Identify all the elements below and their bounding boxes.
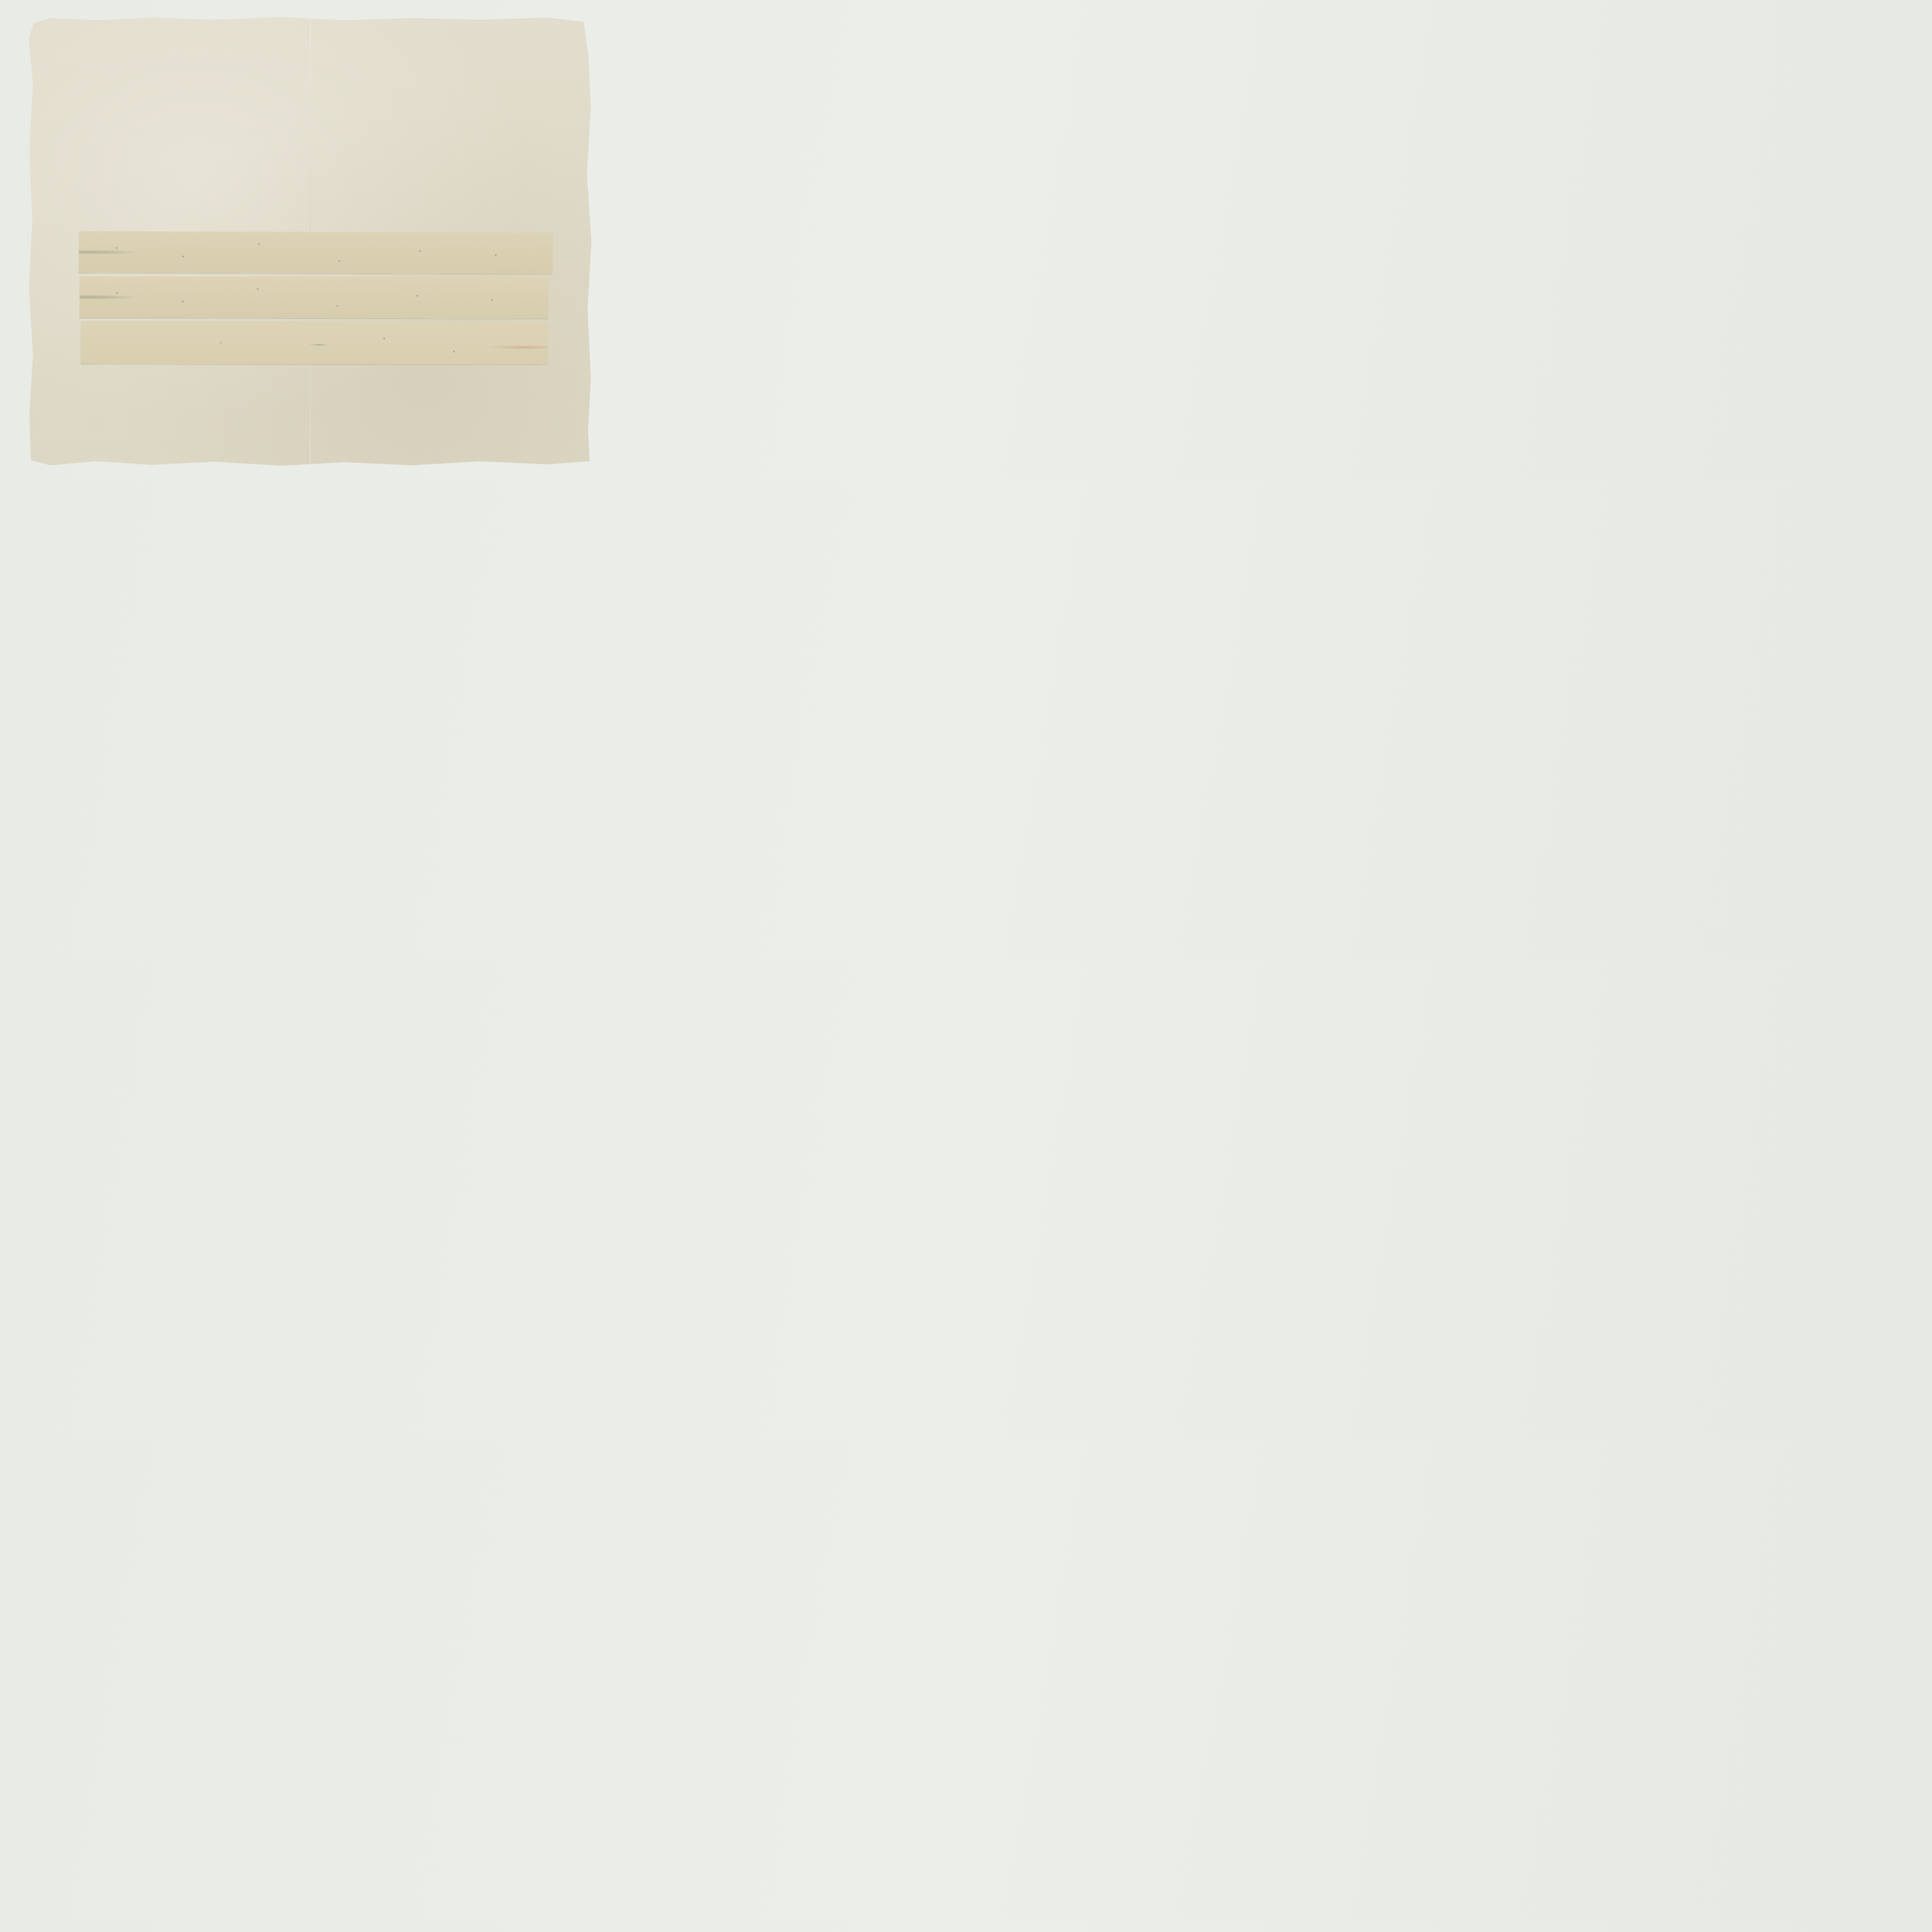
- tape-strip-3: [81, 321, 548, 364]
- scan-background: [0, 0, 606, 480]
- tape-strip-2: [80, 276, 548, 319]
- tape-strip-1: [79, 231, 553, 274]
